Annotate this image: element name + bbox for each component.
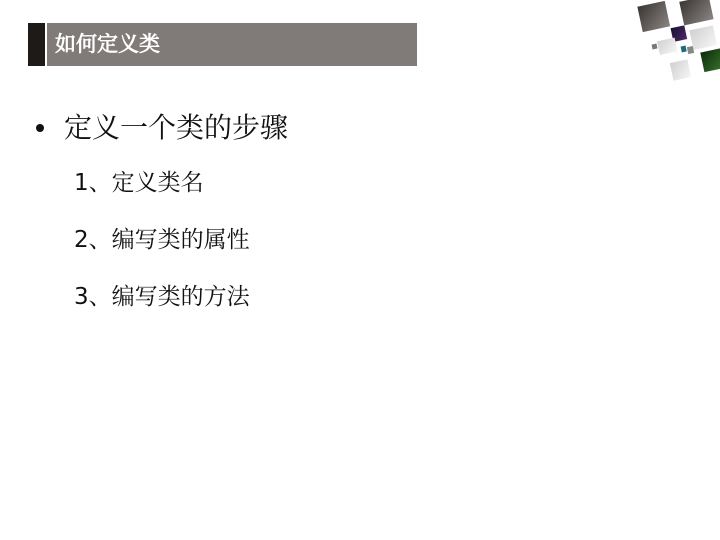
step-item: 3、编写类的方法 — [74, 280, 250, 337]
title-accent-block — [28, 23, 45, 66]
tiled-squares-decoration-icon — [610, 0, 720, 110]
bullet-text: 定义一个类的步骤 — [64, 108, 288, 148]
step-item: 1、定义类名 — [74, 166, 250, 223]
slide-title: 如何定义类 — [55, 29, 160, 59]
slide-title-bar: 如何定义类 — [28, 23, 417, 66]
steps-list: 1、定义类名 2、编写类的属性 3、编写类的方法 — [74, 166, 250, 337]
bullet-dot-icon — [36, 124, 44, 132]
step-item: 2、编写类的属性 — [74, 223, 250, 280]
